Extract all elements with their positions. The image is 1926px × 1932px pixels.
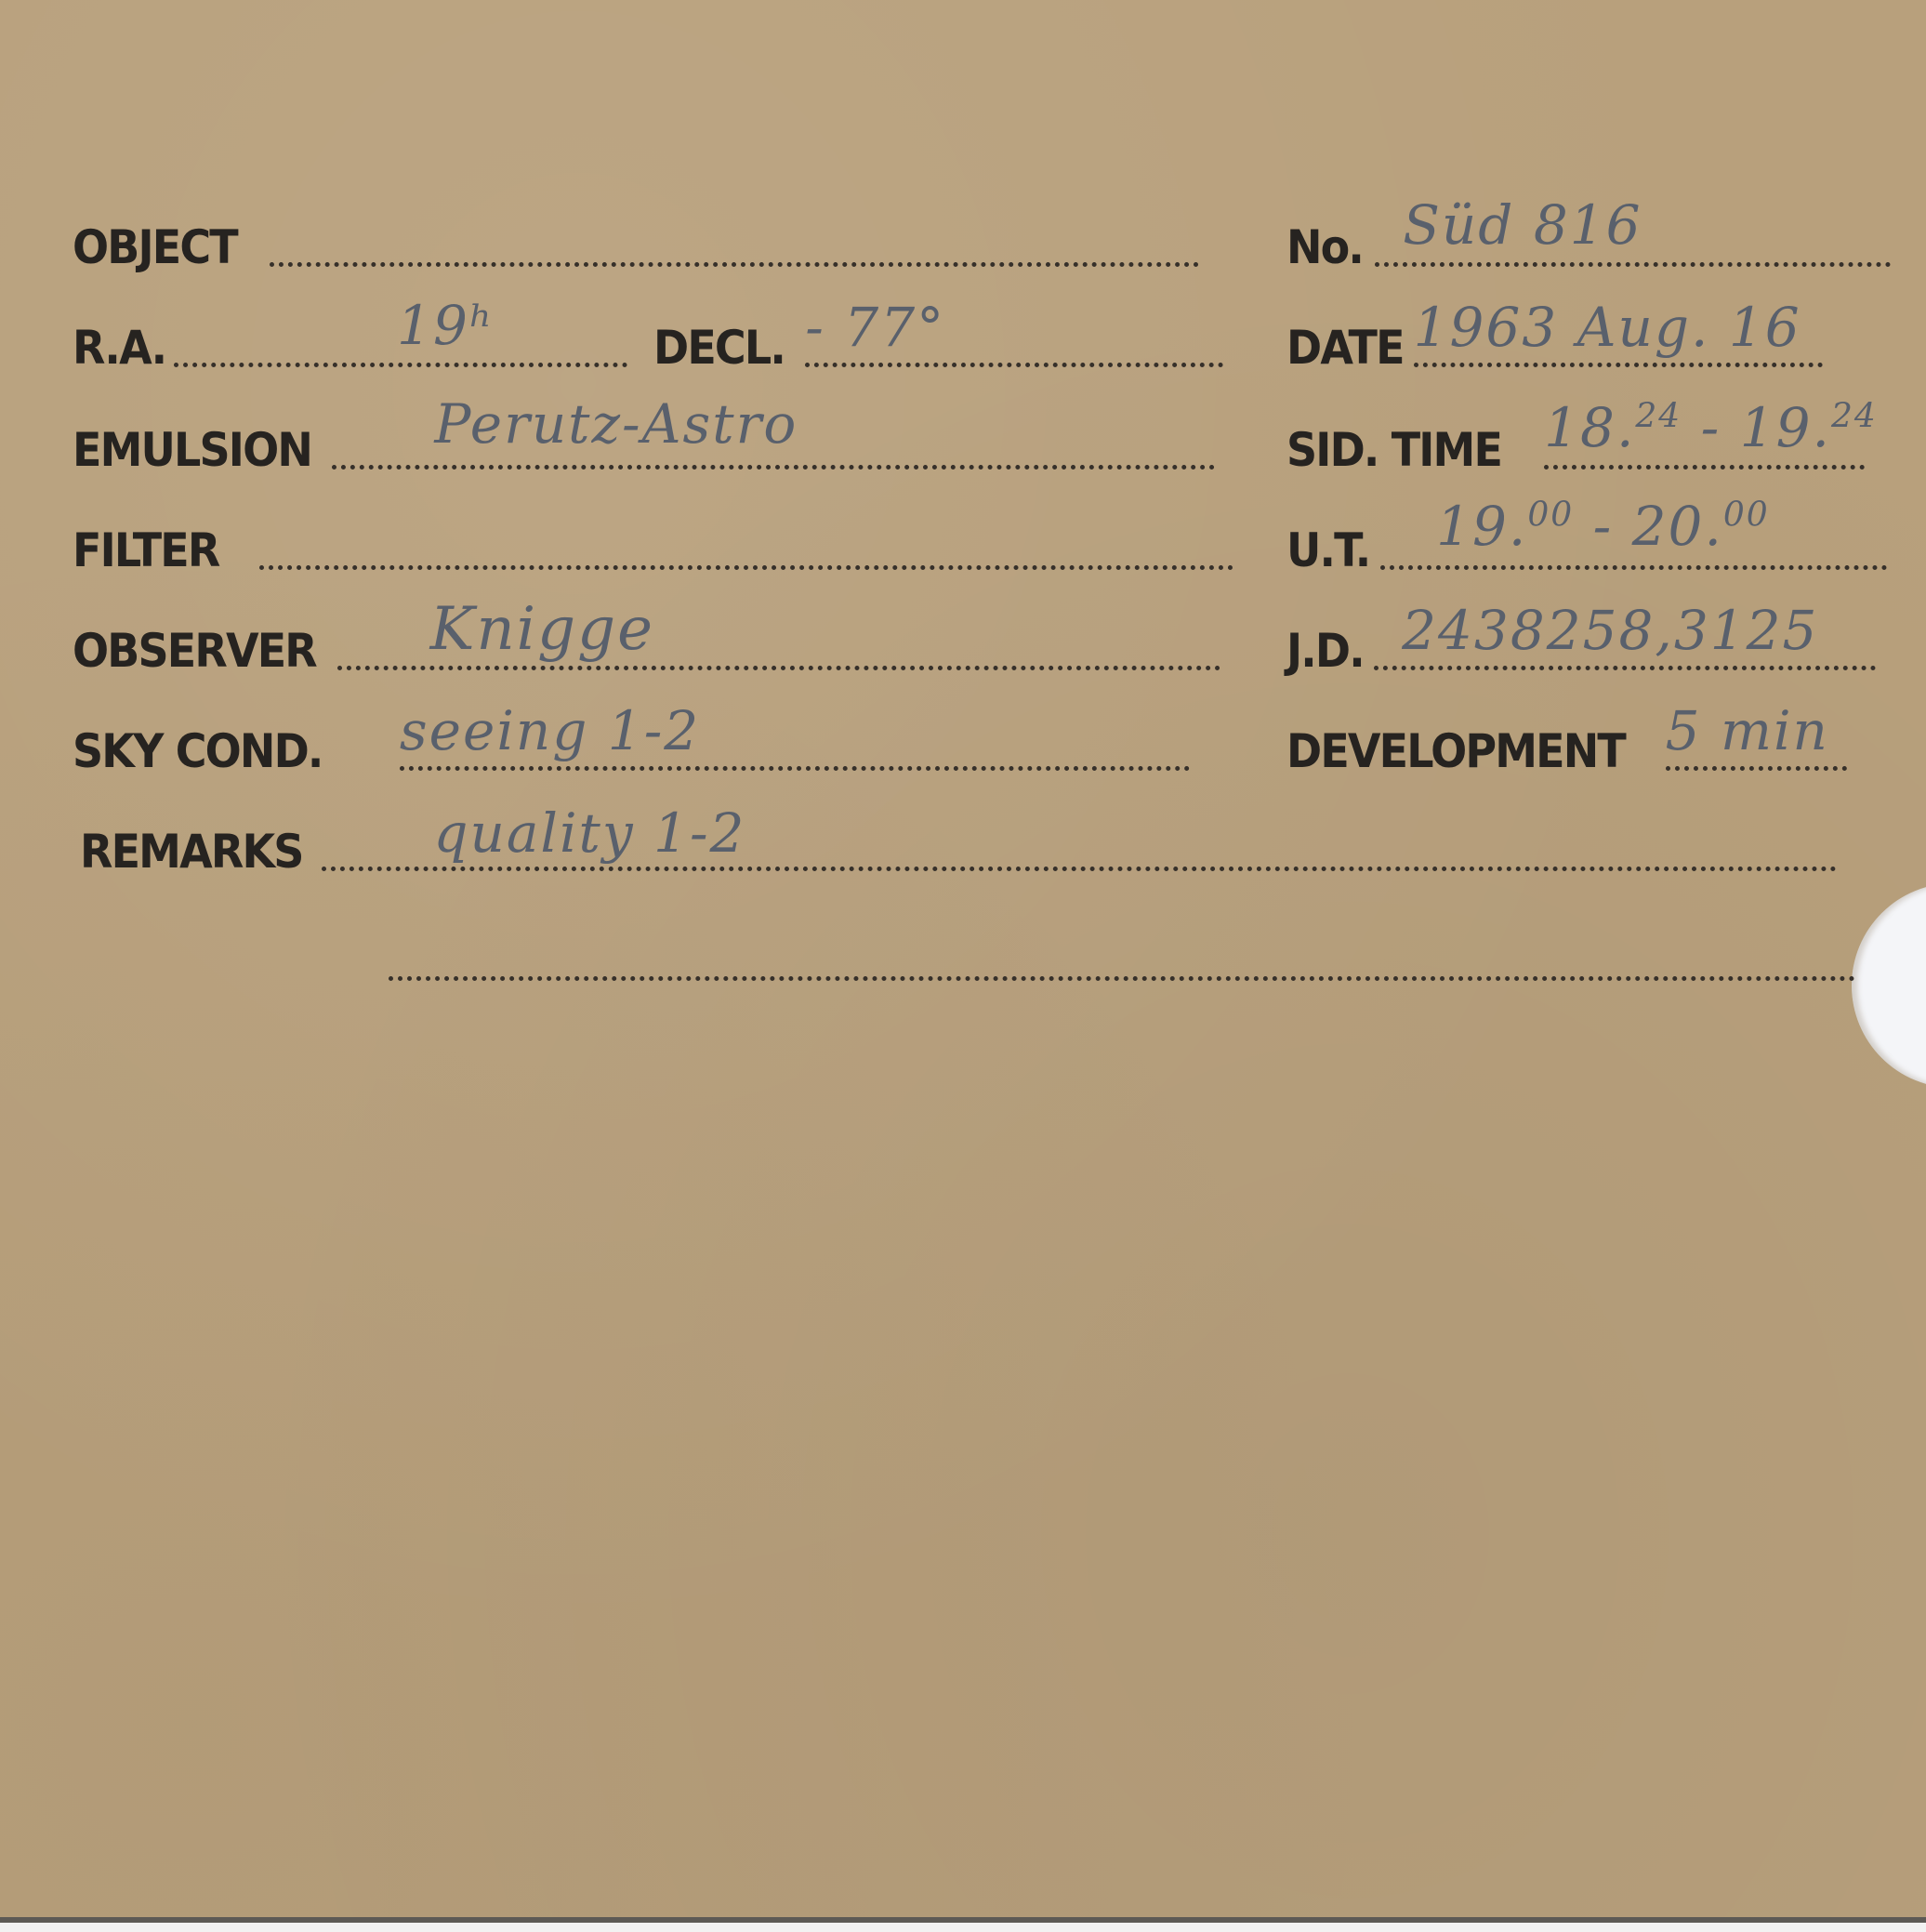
sid-time-value: 18.24 - 19.24 bbox=[1544, 396, 1878, 459]
development-field[interactable]: 5 min bbox=[1666, 720, 1847, 771]
sky-cond-row: SKY COND. seeing 1-2 bbox=[73, 720, 1190, 774]
jd-field[interactable]: 2438258,3125 bbox=[1374, 619, 1876, 670]
date-label: DATE bbox=[1286, 324, 1404, 371]
date-field[interactable]: 1963 Aug. 16 bbox=[1414, 316, 1823, 367]
remarks-label: REMARKS bbox=[80, 828, 303, 875]
object-row: OBJECT bbox=[73, 216, 1199, 271]
sid-time-field[interactable]: 18.24 - 19.24 bbox=[1544, 418, 1865, 470]
object-label: OBJECT bbox=[73, 224, 237, 271]
filter-row: FILTER bbox=[73, 519, 1233, 574]
ra-label: R.A. bbox=[73, 324, 165, 371]
no-field[interactable]: Süd 816 bbox=[1375, 216, 1891, 267]
observer-value: Knigge bbox=[430, 595, 654, 664]
emulsion-row: EMULSION Perutz-Astro bbox=[73, 418, 1215, 473]
ut-field[interactable]: 19.00 - 20.00 bbox=[1380, 519, 1887, 570]
remarks-field[interactable]: quality 1-2 bbox=[322, 820, 1837, 871]
remarks-row: REMARKS quality 1-2 bbox=[80, 820, 1837, 875]
emulsion-label: EMULSION bbox=[73, 427, 311, 473]
development-row: DEVELOPMENT 5 min bbox=[1286, 720, 1847, 774]
thumb-cutout bbox=[1852, 883, 1926, 1088]
remarks-field-2[interactable] bbox=[389, 930, 1855, 981]
decl-label: DECL. bbox=[653, 324, 785, 371]
development-value: 5 min bbox=[1666, 699, 1829, 762]
ra-decl-row: R.A. 19ʰ DECL. - 77° bbox=[73, 316, 1223, 371]
sky-cond-value: seeing 1-2 bbox=[400, 699, 700, 762]
no-row: No. Süd 816 bbox=[1286, 216, 1891, 271]
emulsion-field[interactable]: Perutz-Astro bbox=[332, 418, 1215, 470]
filter-field[interactable] bbox=[259, 519, 1233, 570]
date-value: 1963 Aug. 16 bbox=[1414, 296, 1801, 359]
ut-label: U.T. bbox=[1286, 527, 1369, 574]
ra-value: 19ʰ bbox=[397, 294, 495, 357]
decl-field[interactable]: - 77° bbox=[805, 316, 1223, 367]
date-row: DATE 1963 Aug. 16 bbox=[1286, 316, 1823, 371]
ra-field[interactable]: 19ʰ bbox=[174, 316, 627, 367]
observer-field[interactable]: Knigge bbox=[337, 619, 1220, 670]
object-field[interactable] bbox=[270, 216, 1199, 267]
no-value: Süd 816 bbox=[1403, 193, 1642, 257]
jd-row: J.D. 2438258,3125 bbox=[1286, 619, 1876, 674]
jd-label: J.D. bbox=[1286, 628, 1364, 674]
ut-value: 19.00 - 20.00 bbox=[1436, 495, 1770, 558]
sky-cond-field[interactable]: seeing 1-2 bbox=[400, 720, 1190, 771]
remarks-value: quality 1-2 bbox=[433, 801, 745, 865]
observer-row: OBSERVER Knigge bbox=[73, 619, 1220, 674]
no-label: No. bbox=[1286, 224, 1363, 271]
plate-envelope: OBJECT R.A. 19ʰ DECL. - 77° EMULSION Per… bbox=[0, 0, 1926, 1923]
emulsion-value: Perutz-Astro bbox=[434, 392, 798, 456]
filter-label: FILTER bbox=[73, 527, 218, 574]
development-label: DEVELOPMENT bbox=[1286, 728, 1625, 774]
remarks-row-2 bbox=[389, 930, 1855, 985]
ut-row: U.T. 19.00 - 20.00 bbox=[1286, 519, 1887, 574]
observer-label: OBSERVER bbox=[73, 628, 316, 674]
sky-cond-label: SKY COND. bbox=[73, 728, 323, 774]
decl-value: - 77° bbox=[805, 296, 945, 359]
jd-value: 2438258,3125 bbox=[1402, 599, 1818, 662]
sid-time-row: SID. TIME 18.24 - 19.24 bbox=[1286, 418, 1865, 473]
sid-time-label: SID. TIME bbox=[1286, 427, 1501, 473]
